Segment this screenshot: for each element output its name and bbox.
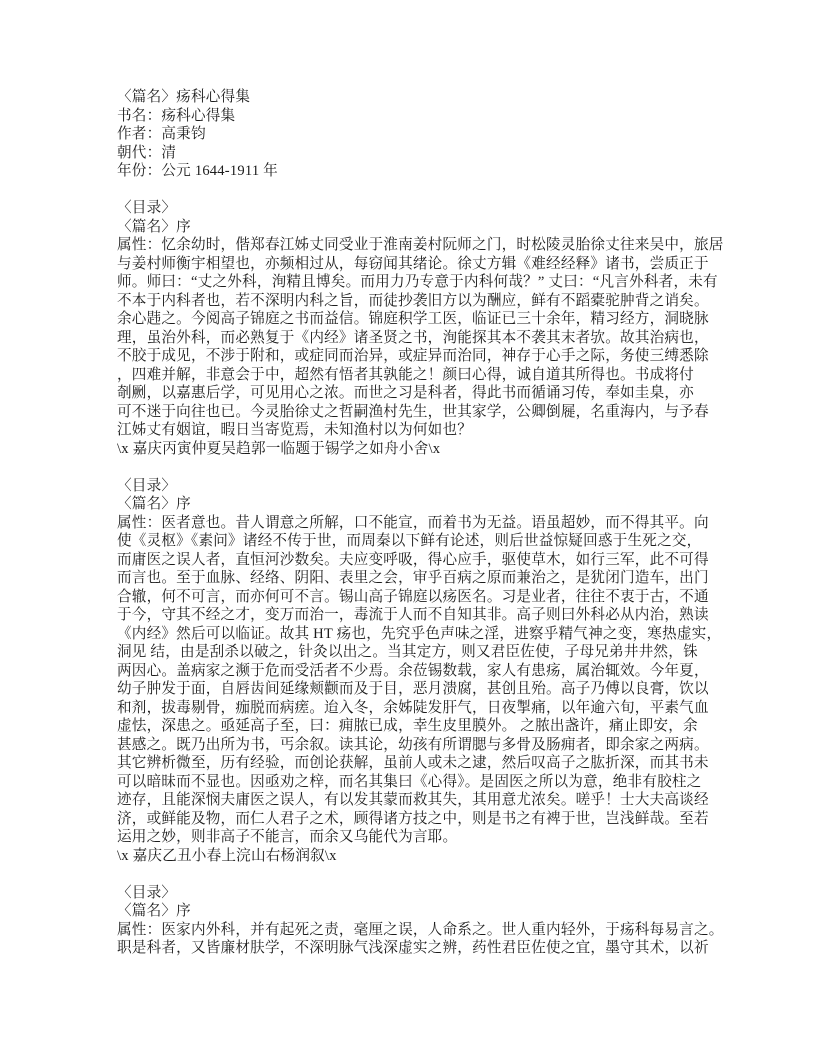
text-line: 属性：医家内外科，并有起死之责，毫厘之误，人命系之。世人重内轻外，于疡科每易言之… [117, 921, 717, 940]
text-line: 其它辨析微至，历有经验，而创论获解，虽前人或未之逮，然后叹高子之肱折深，而其书未 [117, 754, 717, 773]
text-line: 甚感之。既乃出所为书，丐余叙。读其论，幼孩有所谓腮与多骨及肠痈者，即余家之两病。 [117, 736, 717, 755]
text-line: 属性：医者意也。昔人谓意之所解，口不能宣，而着书为无益。语虽超妙，而不得其平。向 [117, 514, 717, 533]
text-line: 师。师曰：“丈之外科，洵精且博矣。而用力乃专意于内科何哉？” 丈曰：“凡言外科者… [117, 273, 717, 292]
document-page: 〈篇名〉疡科心得集书名：疡科心得集作者：高秉钧朝代：清年份：公元 1644-19… [0, 0, 816, 1056]
text-line: 余心韪之。今阅高子锦庭之书而益信。锦庭积学工医，临证已三十余年，精习经方，洞晓脉 [117, 310, 717, 329]
text-line: 不本于内科者也，若不深明内科之旨，而徒抄袭旧方以为酬应，鲜有不蹈橐驼肿背之诮矣。 [117, 292, 717, 311]
text-line: 虚怯，深患之。亟延高子至，曰：痈脓已成，幸生皮里膜外。 之脓出盏许，痛止即安，余 [117, 717, 717, 736]
text-line: 作者：高秉钧 [117, 125, 717, 144]
document-content: 〈篇名〉疡科心得集书名：疡科心得集作者：高秉钧朝代：清年份：公元 1644-19… [117, 88, 717, 976]
text-line: 使《灵枢》《素问》诸经不传于世，而周秦以下鲜有论述，则后世益惊疑回惑于生死之交， [117, 532, 717, 551]
preface-section-1: 〈目录〉〈篇名〉序属性：忆余幼时，偕郑春江姊丈同受业于淮南姜村阮师之门，时松陵灵… [117, 199, 717, 458]
text-line: 不胶于成见，不涉于附和，或症同而治异，或症异而治同，神存于心手之际，务使三缚悉除 [117, 347, 717, 366]
text-line: 可以暗昧而不显也。因亟劝之梓，而名其集曰《心得》。是固医之所以为意，绝非有胶柱之 [117, 773, 717, 792]
text-line: 〈目录〉 [117, 477, 717, 496]
text-line: 可不迷于向往也已。今灵胎徐丈之哲嗣渔村先生，世其家学，公卿倒屣，名重海内，与予春 [117, 403, 717, 422]
text-line: 〈篇名〉序 [117, 495, 717, 514]
text-line: 江姊丈有姻谊，暇日当寄览焉，未知渔村以为何如也？ [117, 421, 717, 440]
text-line: 运用之妙，则非高子不能言，而余又乌能代为言耶。 [117, 828, 717, 847]
text-line: 合辙，何不可言，而亦何可不言。锡山高子锦庭以疡医名。习是业者，往往不衷于古，不通 [117, 588, 717, 607]
text-line: 济，或鲜能及物，而仁人君子之术，顾得诸方技之中，则是书之有裨于世，岂浅鲜哉。至若 [117, 810, 717, 829]
preface-section-3: 〈目录〉〈篇名〉序属性：医家内外科，并有起死之责，毫厘之误，人命系之。世人重内轻… [117, 884, 717, 958]
text-line: 书名：疡科心得集 [117, 107, 717, 126]
text-line: 〈目录〉 [117, 199, 717, 218]
text-line: 〈篇名〉序 [117, 902, 717, 921]
text-line: 而庸医之误人者，直恒河沙数矣。夫应变呼吸，得心应手，驱使草木，如行三军，此不可得 [117, 551, 717, 570]
text-line: 〈目录〉 [117, 884, 717, 903]
text-line: 而言也。至于血脉、经络、阴阳、表里之会，审乎百病之原而兼治之，是犹闭门造车，出门 [117, 569, 717, 588]
text-line: \x 嘉庆乙丑小春上浣山右杨润叙\x [117, 847, 717, 866]
text-line: 和剂，拔毒剔骨，痂脱而病瘥。迨入冬，余姊陡发肝气，日夜掣痛，以年逾六旬，平素气血 [117, 699, 717, 718]
text-line: 职是科者，又皆廉材肤学，不深明脉气浅深虚实之辨，药性君臣佐使之宜，墨守其术，以祈 [117, 939, 717, 958]
text-line: 属性：忆余幼时，偕郑春江姊丈同受业于淮南姜村阮师之门，时松陵灵胎徐丈往来吴中，旅… [117, 236, 717, 255]
text-line: 迹存，且能深悯夫庸医之误人，有以发其蒙而救其失，其用意尤浓矣。嗟乎！士大夫高谈经 [117, 791, 717, 810]
preface-section-2: 〈目录〉〈篇名〉序属性：医者意也。昔人谓意之所解，口不能宣，而着书为无益。语虽超… [117, 477, 717, 866]
text-line: 理，虽治外科，而必熟复于《内经》诸圣贤之书，洵能探其本不袭其末者欤。故其治病也， [117, 329, 717, 348]
text-line: 于今，守其不经之才，变万而治一，毒流于人而不自知其非。高子则曰外科必从内治，熟读 [117, 606, 717, 625]
metadata-block: 〈篇名〉疡科心得集书名：疡科心得集作者：高秉钧朝代：清年份：公元 1644-19… [117, 88, 717, 181]
text-line: 〈篇名〉疡科心得集 [117, 88, 717, 107]
text-line: 幼子肿发于面，自唇齿间延缘颊颧而及于目，恶月溃腐，甚创且殆。高子乃傅以良膏，饮以 [117, 680, 717, 699]
text-line: 与姜村师衡宇相望也，亦频相过从，每窃闻其绪论。徐丈方辑《难经经释》诸书，尝质正于 [117, 255, 717, 274]
text-line: 〈篇名〉序 [117, 218, 717, 237]
text-line: 两因心。盖病家之濒于危而受活者不少焉。余莅锡数载，家人有患疡，属治辄效。今年夏， [117, 662, 717, 681]
text-line: ，四难并解，非意会于中，超然有悟者其孰能之！颜曰心得，诚自道其所得也。书成将付 [117, 366, 717, 385]
text-line: 年份：公元 1644-1911 年 [117, 162, 717, 181]
text-line: 朝代：清 [117, 144, 717, 163]
text-line: 洞见 结，由是刮杀以破之，针灸以出之。当其定方，则又君臣佐使，子母兄弟井井然，铢 [117, 643, 717, 662]
text-line: \x 嘉庆丙寅仲夏吴趋郭一临题于锡学之如舟小舍\x [117, 440, 717, 459]
text-line: 《内经》然后可以临证。故其 HT 疡也，先究乎色声味之淫，进察乎精气神之变，寒热… [117, 625, 717, 644]
text-line: 剞劂，以嘉惠后学，可见用心之浓。而世之习是科者，得此书而循诵习传，奉如圭臬，亦 [117, 384, 717, 403]
